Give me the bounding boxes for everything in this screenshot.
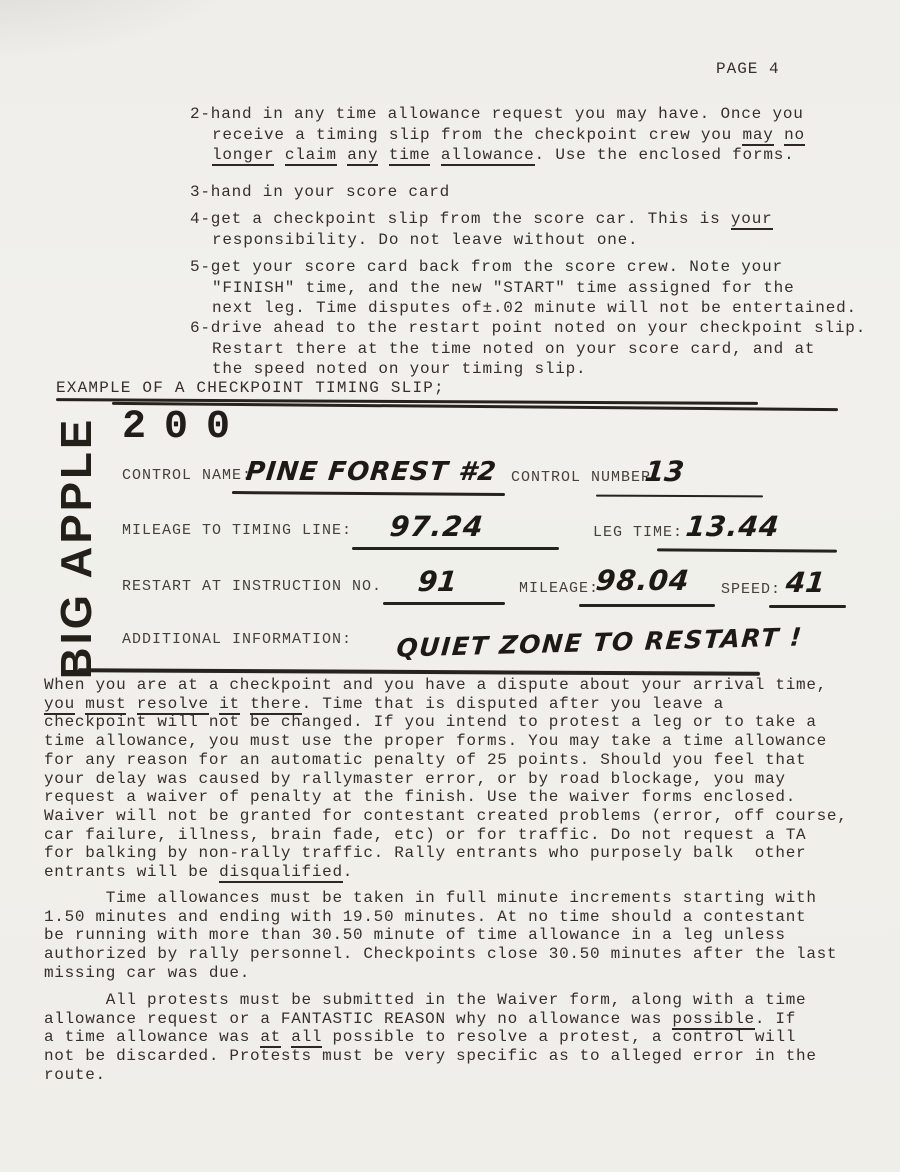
leg-time-handwritten-value: 13.44	[684, 510, 781, 543]
text-line: 2-hand in any time allowance request you…	[190, 104, 805, 125]
text-line: time allowance, you must use the proper …	[44, 732, 848, 751]
speed-handwritten-value: 41	[784, 566, 826, 599]
text-line: entrants will be disqualified.	[44, 863, 848, 882]
text-line: for balking by non-rally traffic. Rally …	[44, 844, 848, 863]
text-line: allowance request or a FANTASTIC REASON …	[44, 1010, 817, 1029]
restart-at-instruction-label: RESTART AT INSTRUCTION NO.	[122, 578, 382, 595]
mileage-to-timing-line-label: MILEAGE TO TIMING LINE:	[122, 522, 352, 539]
text-line: missing car was due.	[44, 964, 837, 983]
text-line: When you are at a checkpoint and you hav…	[44, 676, 848, 695]
paragraph-time-allowances: Time allowances must be taken in full mi…	[44, 889, 837, 983]
control-number-handwritten-value: 13	[643, 455, 685, 488]
slip-section-heading: EXAMPLE OF A CHECKPOINT TIMING SLIP;	[56, 379, 445, 397]
text-line: the speed noted on your timing slip.	[190, 359, 866, 380]
additional-information-handwritten-value: QUIET ZONE TO RESTART !	[395, 622, 804, 662]
mileage-to-timing-line-rule	[352, 547, 559, 550]
mileage-handwritten-value: 98.04	[594, 564, 691, 597]
text-line: a time allowance was at all possible to …	[44, 1028, 817, 1047]
text-line: longer claim any time allowance. Use the…	[190, 145, 805, 166]
text-line: checkpoint will not be changed. If you i…	[44, 713, 848, 732]
control-number-rule	[596, 495, 763, 498]
restart-at-instruction-handwritten-value: 91	[416, 565, 458, 598]
text-line: car failure, illness, brain fade, etc) o…	[44, 826, 848, 845]
text-line: be running with more than 30.50 minute o…	[44, 926, 837, 945]
text-line: Waiver will not be granted for contestan…	[44, 807, 848, 826]
text-line: responsibility. Do not leave without one…	[190, 230, 773, 251]
speed-rule	[769, 605, 846, 608]
control-number-label: CONTROL NUMBER:	[511, 469, 661, 486]
mileage-rule	[579, 604, 715, 607]
control-name-rule	[232, 491, 505, 496]
text-line: 3-hand in your score card	[190, 182, 450, 203]
text-line: 1.50 minutes and ending with 19.50 minut…	[44, 908, 837, 927]
text-line: All protests must be submitted in the Wa…	[44, 991, 817, 1010]
text-line: your delay was caused by rallymaster err…	[44, 770, 848, 789]
speed-label: SPEED:	[721, 581, 781, 598]
text-line: route.	[44, 1066, 817, 1085]
slip-number: 200	[122, 405, 248, 450]
slip-organization-vertical-text: BIG APPLE	[45, 408, 109, 688]
text-line: 5-get your score card back from the scor…	[190, 257, 857, 278]
paragraph-protests: All protests must be submitted in the Wa…	[44, 991, 817, 1085]
text-line: for any reason for an automatic penalty …	[44, 751, 848, 770]
mileage-label: MILEAGE:	[519, 580, 599, 597]
restart-at-instruction-rule	[383, 602, 505, 605]
text-line: authorized by rally personnel. Checkpoin…	[44, 945, 837, 964]
mileage-to-timing-line-handwritten-value: 97.24	[388, 510, 485, 543]
leg-time-rule	[657, 548, 837, 552]
page-number: PAGE 4	[716, 60, 780, 78]
control-name-handwritten-value: PINE FOREST #2	[244, 457, 498, 487]
text-line: 6-drive ahead to the restart point noted…	[190, 318, 866, 339]
text-line: receive a timing slip from the checkpoin…	[190, 125, 805, 146]
text-line: Time allowances must be taken in full mi…	[44, 889, 837, 908]
additional-information-label: ADDITIONAL INFORMATION:	[122, 631, 352, 648]
text-line: request a waiver of penalty at the finis…	[44, 788, 848, 807]
slip-bottom-rule	[78, 668, 760, 676]
instruction-item-3: 3-hand in your score card	[190, 182, 450, 203]
control-name-label: CONTROL NAME:	[122, 467, 252, 484]
text-line: "FINISH" time, and the new "START" time …	[190, 278, 857, 299]
text-line: you must resolve it there. Time that is …	[44, 695, 848, 714]
text-line: 4-get a checkpoint slip from the score c…	[190, 209, 773, 230]
text-line: next leg. Time disputes of±.02 minute wi…	[190, 298, 857, 319]
instruction-item-5: 5-get your score card back from the scor…	[190, 257, 857, 319]
leg-time-label: LEG TIME:	[593, 524, 683, 541]
instruction-item-4: 4-get a checkpoint slip from the score c…	[190, 209, 773, 250]
scanned-rally-instructions-page: { "page_label": "PAGE 4", "colors": { "p…	[0, 0, 900, 1172]
instruction-item-2: 2-hand in any time allowance request you…	[190, 104, 805, 166]
instruction-item-6: 6-drive ahead to the restart point noted…	[190, 318, 866, 380]
text-line: not be discarded. Protests must be very …	[44, 1047, 817, 1066]
paragraph-dispute-rules: When you are at a checkpoint and you hav…	[44, 676, 848, 882]
text-line: Restart there at the time noted on your …	[190, 339, 866, 360]
